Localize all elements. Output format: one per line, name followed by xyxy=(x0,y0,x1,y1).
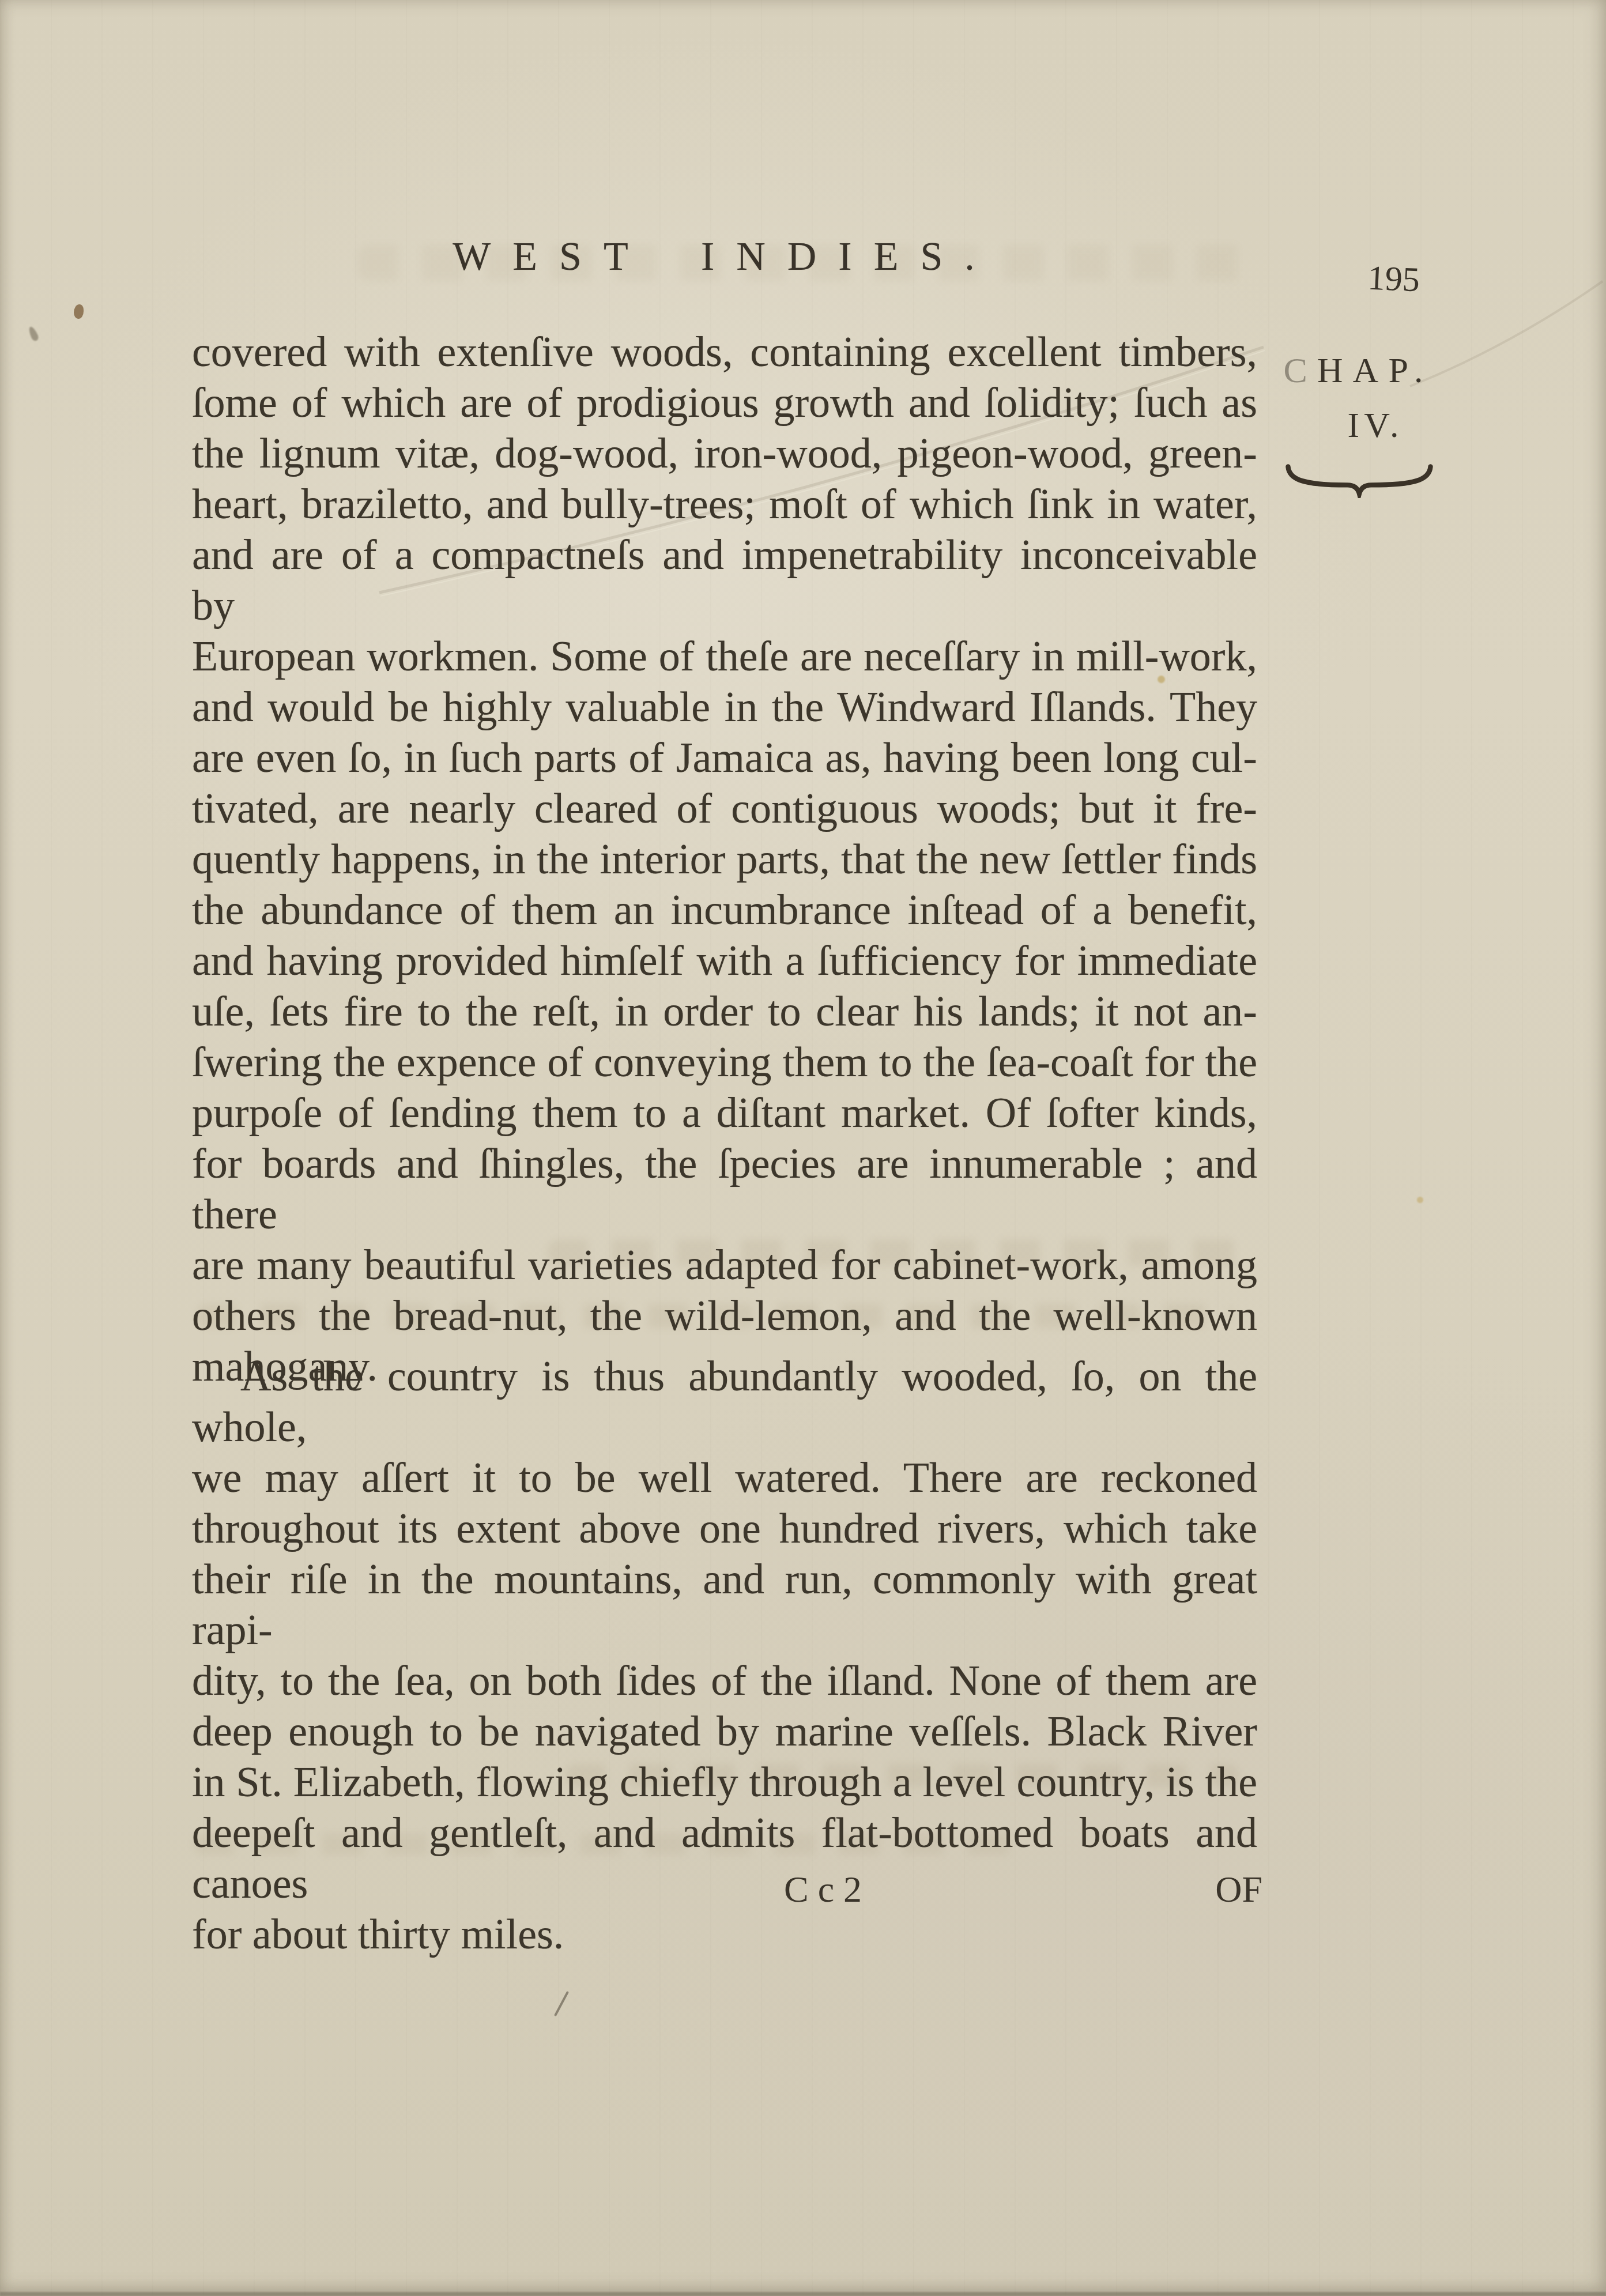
text-line: ſwering the expence of conveying them to… xyxy=(192,1037,1257,1088)
text-line: dity, to the ſea, on both ſides of the i… xyxy=(192,1656,1257,1706)
text-line: heart, braziletto, and bully-trees; moſt… xyxy=(192,479,1257,530)
text-line: deepeſt and gentleſt, and admits flat-bo… xyxy=(192,1808,1257,1909)
text-line: deep enough to be navigated by marine ve… xyxy=(192,1706,1257,1757)
text-line: the lignum vitæ, dog-wood, iron-wood, pi… xyxy=(192,428,1257,479)
running-title: WEST INDIES. xyxy=(192,234,1257,280)
text-line: ſome of which are of prodigious growth a… xyxy=(192,378,1257,428)
text-line: purpoſe of ſending them to a diſtant mar… xyxy=(192,1088,1257,1138)
page-number: 195 xyxy=(1304,256,1421,299)
text-line: quently happens, in the interior parts, … xyxy=(192,834,1257,885)
page-bottom-edge xyxy=(0,2292,1606,2296)
text-line: for about thirty miles. xyxy=(192,1909,1257,1960)
text-line: others the bread-nut, the wild-lemon, an… xyxy=(192,1291,1257,1341)
paragraph-2: As the country is thus abundantly wooded… xyxy=(192,1351,1257,1960)
chapter-brace-decoration xyxy=(1284,461,1435,498)
catchword: OF xyxy=(1153,1869,1262,1910)
text-line: As the country is thus abundantly wooded… xyxy=(192,1351,1257,1453)
text-line: the abundance of them an incumbrance inſ… xyxy=(192,885,1257,936)
text-line: and having provided himſelf with a ſuffi… xyxy=(192,936,1257,986)
text-line: in St. Elizabeth, flowing chiefly throug… xyxy=(192,1757,1257,1808)
text-line: and would be highly valuable in the Wind… xyxy=(192,682,1257,733)
signature-mark: C c 2 xyxy=(784,1869,862,1910)
chapter-number: IV. xyxy=(1289,405,1462,446)
text-line: tivated, are nearly cleared of contiguou… xyxy=(192,783,1257,834)
text-line: throughout its extent above one hundred … xyxy=(192,1503,1257,1554)
text-line: are many beautiful varieties adapted for… xyxy=(192,1240,1257,1291)
text-line: and are of a compactneſs and impenetrabi… xyxy=(192,530,1257,631)
book-page: WEST INDIES. 195 CHAP. IV. covered with … xyxy=(0,0,1606,2296)
text-line: for boards and ſhingles, the ſpecies are… xyxy=(192,1138,1257,1240)
chapter-label: CHAP. xyxy=(1272,350,1445,391)
text-line: their riſe in the mountains, and run, co… xyxy=(192,1554,1257,1656)
text-line: are even ſo, in ſuch parts of Jamaica as… xyxy=(192,733,1257,783)
text-line: uſe, ſets fire to the reſt, in order to … xyxy=(192,986,1257,1037)
text-line: we may aſſert it to be well watered. The… xyxy=(192,1453,1257,1503)
text-line: covered with extenſive woods, containing… xyxy=(192,327,1257,378)
paragraph-1: covered with extenſive woods, containing… xyxy=(192,327,1257,1392)
pen-mark xyxy=(554,1991,569,2016)
paper-speck xyxy=(1417,1197,1423,1203)
text-line: European workmen. Some of theſe are nece… xyxy=(192,631,1257,682)
paper-speck xyxy=(74,304,84,319)
paper-speck xyxy=(27,326,40,342)
